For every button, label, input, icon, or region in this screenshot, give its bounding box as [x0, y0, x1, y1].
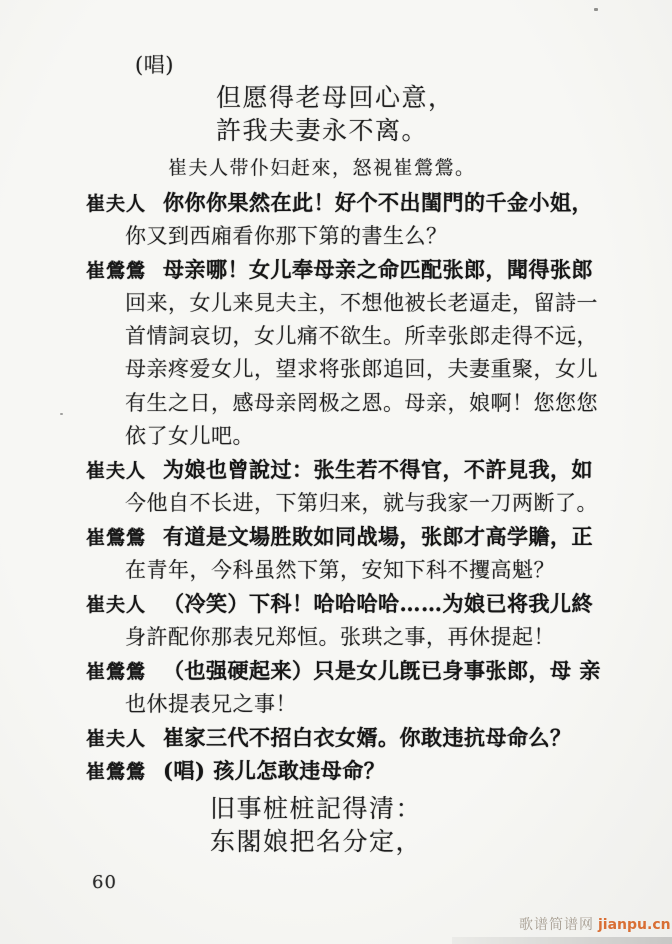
- line-text: 在青年，今科虽然下第，安知下科不攫高魁？: [125, 558, 555, 582]
- page-number: 60: [92, 872, 117, 893]
- speaker-name: 崔夫人: [86, 594, 146, 616]
- scanned-script-page: (唱)但愿得老母回心意，許我夫妻永不离。崔夫人带仆妇赶來，怒視崔鶯鶯。崔夫人你你…: [0, 0, 672, 944]
- speaker-name: 崔鶯鶯: [86, 661, 146, 683]
- scan-speck: [594, 8, 598, 11]
- scan-edge-shadow: [452, 937, 672, 944]
- script-line-tag: (唱): [135, 53, 174, 77]
- line-text: 旧事桩桩記得清：: [210, 794, 422, 823]
- line-text: 东閣娘把名分定，: [210, 827, 422, 856]
- script-line-cont: 也休提表兄之事！: [125, 692, 297, 716]
- script-line-cont: 母亲疼爱女儿，望求将张郎追回，夫妻重聚，女儿: [125, 357, 598, 381]
- speaker-name: 崔夫人: [86, 460, 146, 482]
- script-line-verse: 旧事桩桩記得清：: [210, 795, 422, 824]
- script-line-cont: 回来，女儿来見夫主，不想他被长老逼走，留詩一: [125, 291, 598, 315]
- script-line-speaker: 崔夫人你你你果然在此！好个不出閨門的千金小姐，: [86, 191, 593, 216]
- line-text: （冷笑）下科！哈哈哈哈……为娘已将我儿終: [163, 591, 593, 616]
- script-line-verse: 許我夫妻永不离。: [216, 117, 428, 146]
- line-text: 身許配你那表兄郑恒。张珙之事，再休提起！: [125, 625, 555, 649]
- line-text: 为娘也曾說过：张生若不得官，不許見我，如: [163, 457, 593, 482]
- line-text: 許我夫妻永不离。: [216, 116, 428, 145]
- watermark-domain: jianpu.cn: [598, 917, 671, 933]
- script-line-speaker: 崔夫人崔家三代不招白衣女婿。你敢违抗母命么？: [86, 726, 572, 751]
- line-text: 依了女儿吧。: [125, 424, 254, 448]
- script-line-speaker: 崔鶯鶯(唱) 孩儿怎敢违母命？: [86, 759, 385, 784]
- script-line-speaker: 崔鶯鶯母亲哪！女儿奉母亲之命匹配张郎，聞得张郎: [86, 258, 593, 283]
- line-text: 今他自不长进，下第归来，就与我家一刀两断了。: [125, 491, 598, 515]
- script-lines: (唱)但愿得老母回心意，許我夫妻永不离。崔夫人带仆妇赶來，怒視崔鶯鶯。崔夫人你你…: [0, 0, 672, 944]
- line-text: (唱): [135, 53, 174, 77]
- line-text: 但愿得老母回心意，: [216, 83, 455, 112]
- watermark: 歌谱简谱网jianpu.cn: [519, 914, 671, 934]
- script-line-cont: 首情詞哀切，女儿痛不欲生。所幸张郎走得不远，: [125, 324, 598, 348]
- script-line-verse: 东閣娘把名分定，: [210, 828, 422, 857]
- script-line-cont: 依了女儿吧。: [125, 424, 254, 448]
- line-text: 也休提表兄之事！: [125, 692, 297, 716]
- scan-speck: [60, 413, 63, 415]
- script-line-cont: 有生之日，感母亲罔极之恩。母亲，娘啊！您您您: [125, 391, 598, 415]
- line-text: 有生之日，感母亲罔极之恩。母亲，娘啊！您您您: [125, 391, 598, 415]
- line-text: 首情詞哀切，女儿痛不欲生。所幸张郎走得不远，: [125, 324, 598, 348]
- line-text: 崔夫人带仆妇赶來，怒視崔鶯鶯。: [168, 157, 476, 179]
- speaker-name: 崔鶯鶯: [86, 527, 146, 549]
- line-text: 母亲哪！女儿奉母亲之命匹配张郎，聞得张郎: [163, 257, 593, 282]
- line-text: 你你你果然在此！好个不出閨門的千金小姐，: [163, 190, 593, 215]
- line-text: (唱) 孩儿怎敢违母命？: [163, 758, 385, 783]
- speaker-name: 崔夫人: [86, 728, 146, 750]
- script-line-cont: 你又到西廂看你那下第的書生么？: [125, 224, 448, 248]
- script-line-cont: 在青年，今科虽然下第，安知下科不攫高魁？: [125, 558, 555, 582]
- speaker-name: 崔鶯鶯: [86, 761, 146, 783]
- line-text: 有道是文場胜敗如同战場，张郎才高学贍，正: [163, 524, 593, 549]
- script-line-stage: 崔夫人带仆妇赶來，怒視崔鶯鶯。: [168, 158, 476, 180]
- watermark-site-name: 歌谱简谱网: [519, 917, 594, 933]
- script-line-speaker: 崔鶯鶯有道是文場胜敗如同战場，张郎才高学贍，正: [86, 525, 593, 550]
- script-line-speaker: 崔鶯鶯（也强硬起来）只是女儿旣已身事张郎，母 亲: [86, 659, 601, 684]
- line-text: 回来，女儿来見夫主，不想他被长老逼走，留詩一: [125, 291, 598, 315]
- script-line-cont: 身許配你那表兄郑恒。张珙之事，再休提起！: [125, 625, 555, 649]
- speaker-name: 崔鶯鶯: [86, 260, 146, 282]
- line-text: （也强硬起来）只是女儿旣已身事张郎，母 亲: [163, 658, 601, 683]
- script-line-cont: 今他自不长进，下第归来，就与我家一刀两断了。: [125, 491, 598, 515]
- script-line-verse: 但愿得老母回心意，: [216, 84, 455, 113]
- line-text: 母亲疼爱女儿，望求将张郎追回，夫妻重聚，女儿: [125, 357, 598, 381]
- line-text: 你又到西廂看你那下第的書生么？: [125, 224, 448, 248]
- speaker-name: 崔夫人: [86, 193, 146, 215]
- script-line-speaker: 崔夫人（冷笑）下科！哈哈哈哈……为娘已将我儿終: [86, 592, 593, 617]
- script-line-speaker: 崔夫人为娘也曾說过：张生若不得官，不許見我，如: [86, 458, 593, 483]
- line-text: 崔家三代不招白衣女婿。你敢违抗母命么？: [163, 725, 572, 750]
